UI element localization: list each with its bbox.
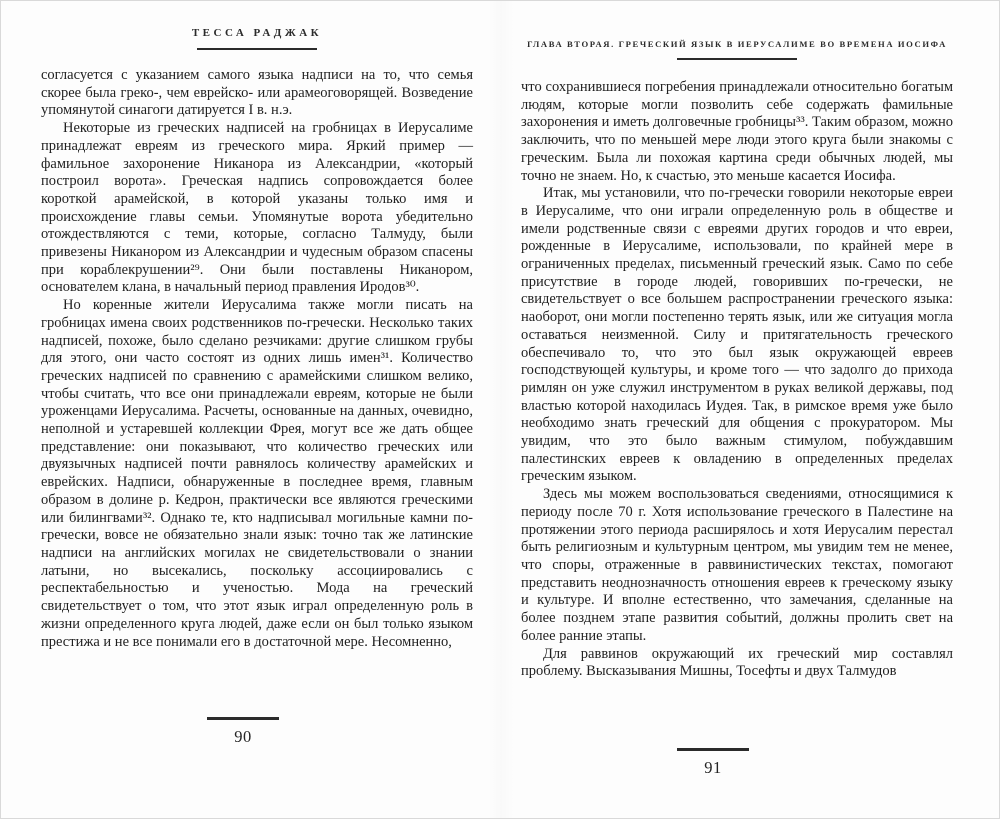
right-page-number: 91	[668, 758, 758, 778]
right-page-text: что сохранившиеся погребения принадлежал…	[521, 79, 953, 681]
left-running-header: ТЕССА РАДЖАК	[41, 27, 473, 39]
page-spine-shade	[488, 1, 514, 819]
paragraph: Итак, мы установили, что по-гречески гов…	[521, 185, 953, 486]
left-page-number: 90	[198, 727, 288, 747]
right-page: ГЛАВА ВТОРАЯ. ГРЕЧЕСКИЙ ЯЗЫК В ИЕРУСАЛИМ…	[521, 35, 953, 681]
right-footer-rule	[677, 748, 749, 751]
paragraph: что сохранившиеся погребения принадлежал…	[521, 79, 953, 185]
left-page-text: согласуется с указанием самого языка над…	[41, 67, 473, 651]
left-footer-rule	[207, 717, 279, 720]
left-page-footer: 90	[198, 717, 288, 747]
right-header-rule	[677, 58, 797, 60]
paragraph: Здесь мы можем воспользоваться сведениям…	[521, 486, 953, 645]
paragraph: Но коренные жители Иерусалима также могл…	[41, 297, 473, 651]
left-page: ТЕССА РАДЖАК согласуется с указанием сам…	[41, 23, 473, 651]
paragraph: Для раввинов окружающий их греческий мир…	[521, 646, 953, 681]
paragraph: Некоторые из греческих надписей на гробн…	[41, 120, 473, 297]
book-spread-scan: ТЕССА РАДЖАК согласуется с указанием сам…	[0, 0, 1000, 819]
left-header-rule	[197, 48, 317, 50]
right-running-header: ГЛАВА ВТОРАЯ. ГРЕЧЕСКИЙ ЯЗЫК В ИЕРУСАЛИМ…	[521, 39, 953, 49]
paragraph: согласуется с указанием самого языка над…	[41, 67, 473, 120]
right-page-footer: 91	[668, 748, 758, 778]
